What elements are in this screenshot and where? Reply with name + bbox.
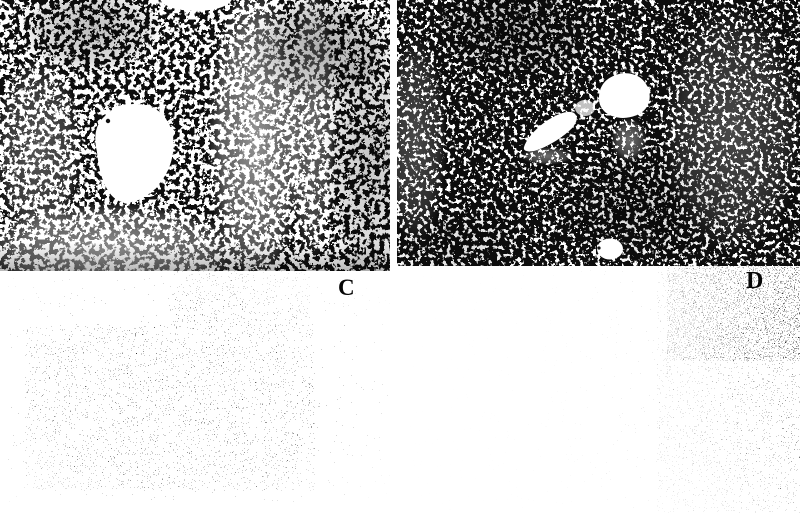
figure-canvas: A <box>0 0 800 513</box>
panel-label-d: D <box>746 269 763 293</box>
panel-d-fade-bottom <box>397 266 800 513</box>
panel-label-a: A <box>339 10 355 32</box>
micrograph-panel-a: A <box>0 0 390 271</box>
panel-label-c: C <box>338 276 355 299</box>
micrograph-c-image <box>0 271 397 513</box>
lumen-connector <box>575 100 595 116</box>
lumen-debris-dot <box>106 119 110 123</box>
micrograph-panel-b <box>397 0 800 266</box>
micrograph-panel-c: C <box>0 271 397 513</box>
lumen-edge-speck <box>597 246 600 249</box>
micrograph-d-image <box>397 266 800 513</box>
micrograph-a-image <box>0 0 390 271</box>
panel-c-fade <box>0 271 397 513</box>
vessel-lumen-small <box>597 239 623 260</box>
micrograph-panel-d: D <box>397 266 800 513</box>
micrograph-b-image <box>397 0 800 266</box>
